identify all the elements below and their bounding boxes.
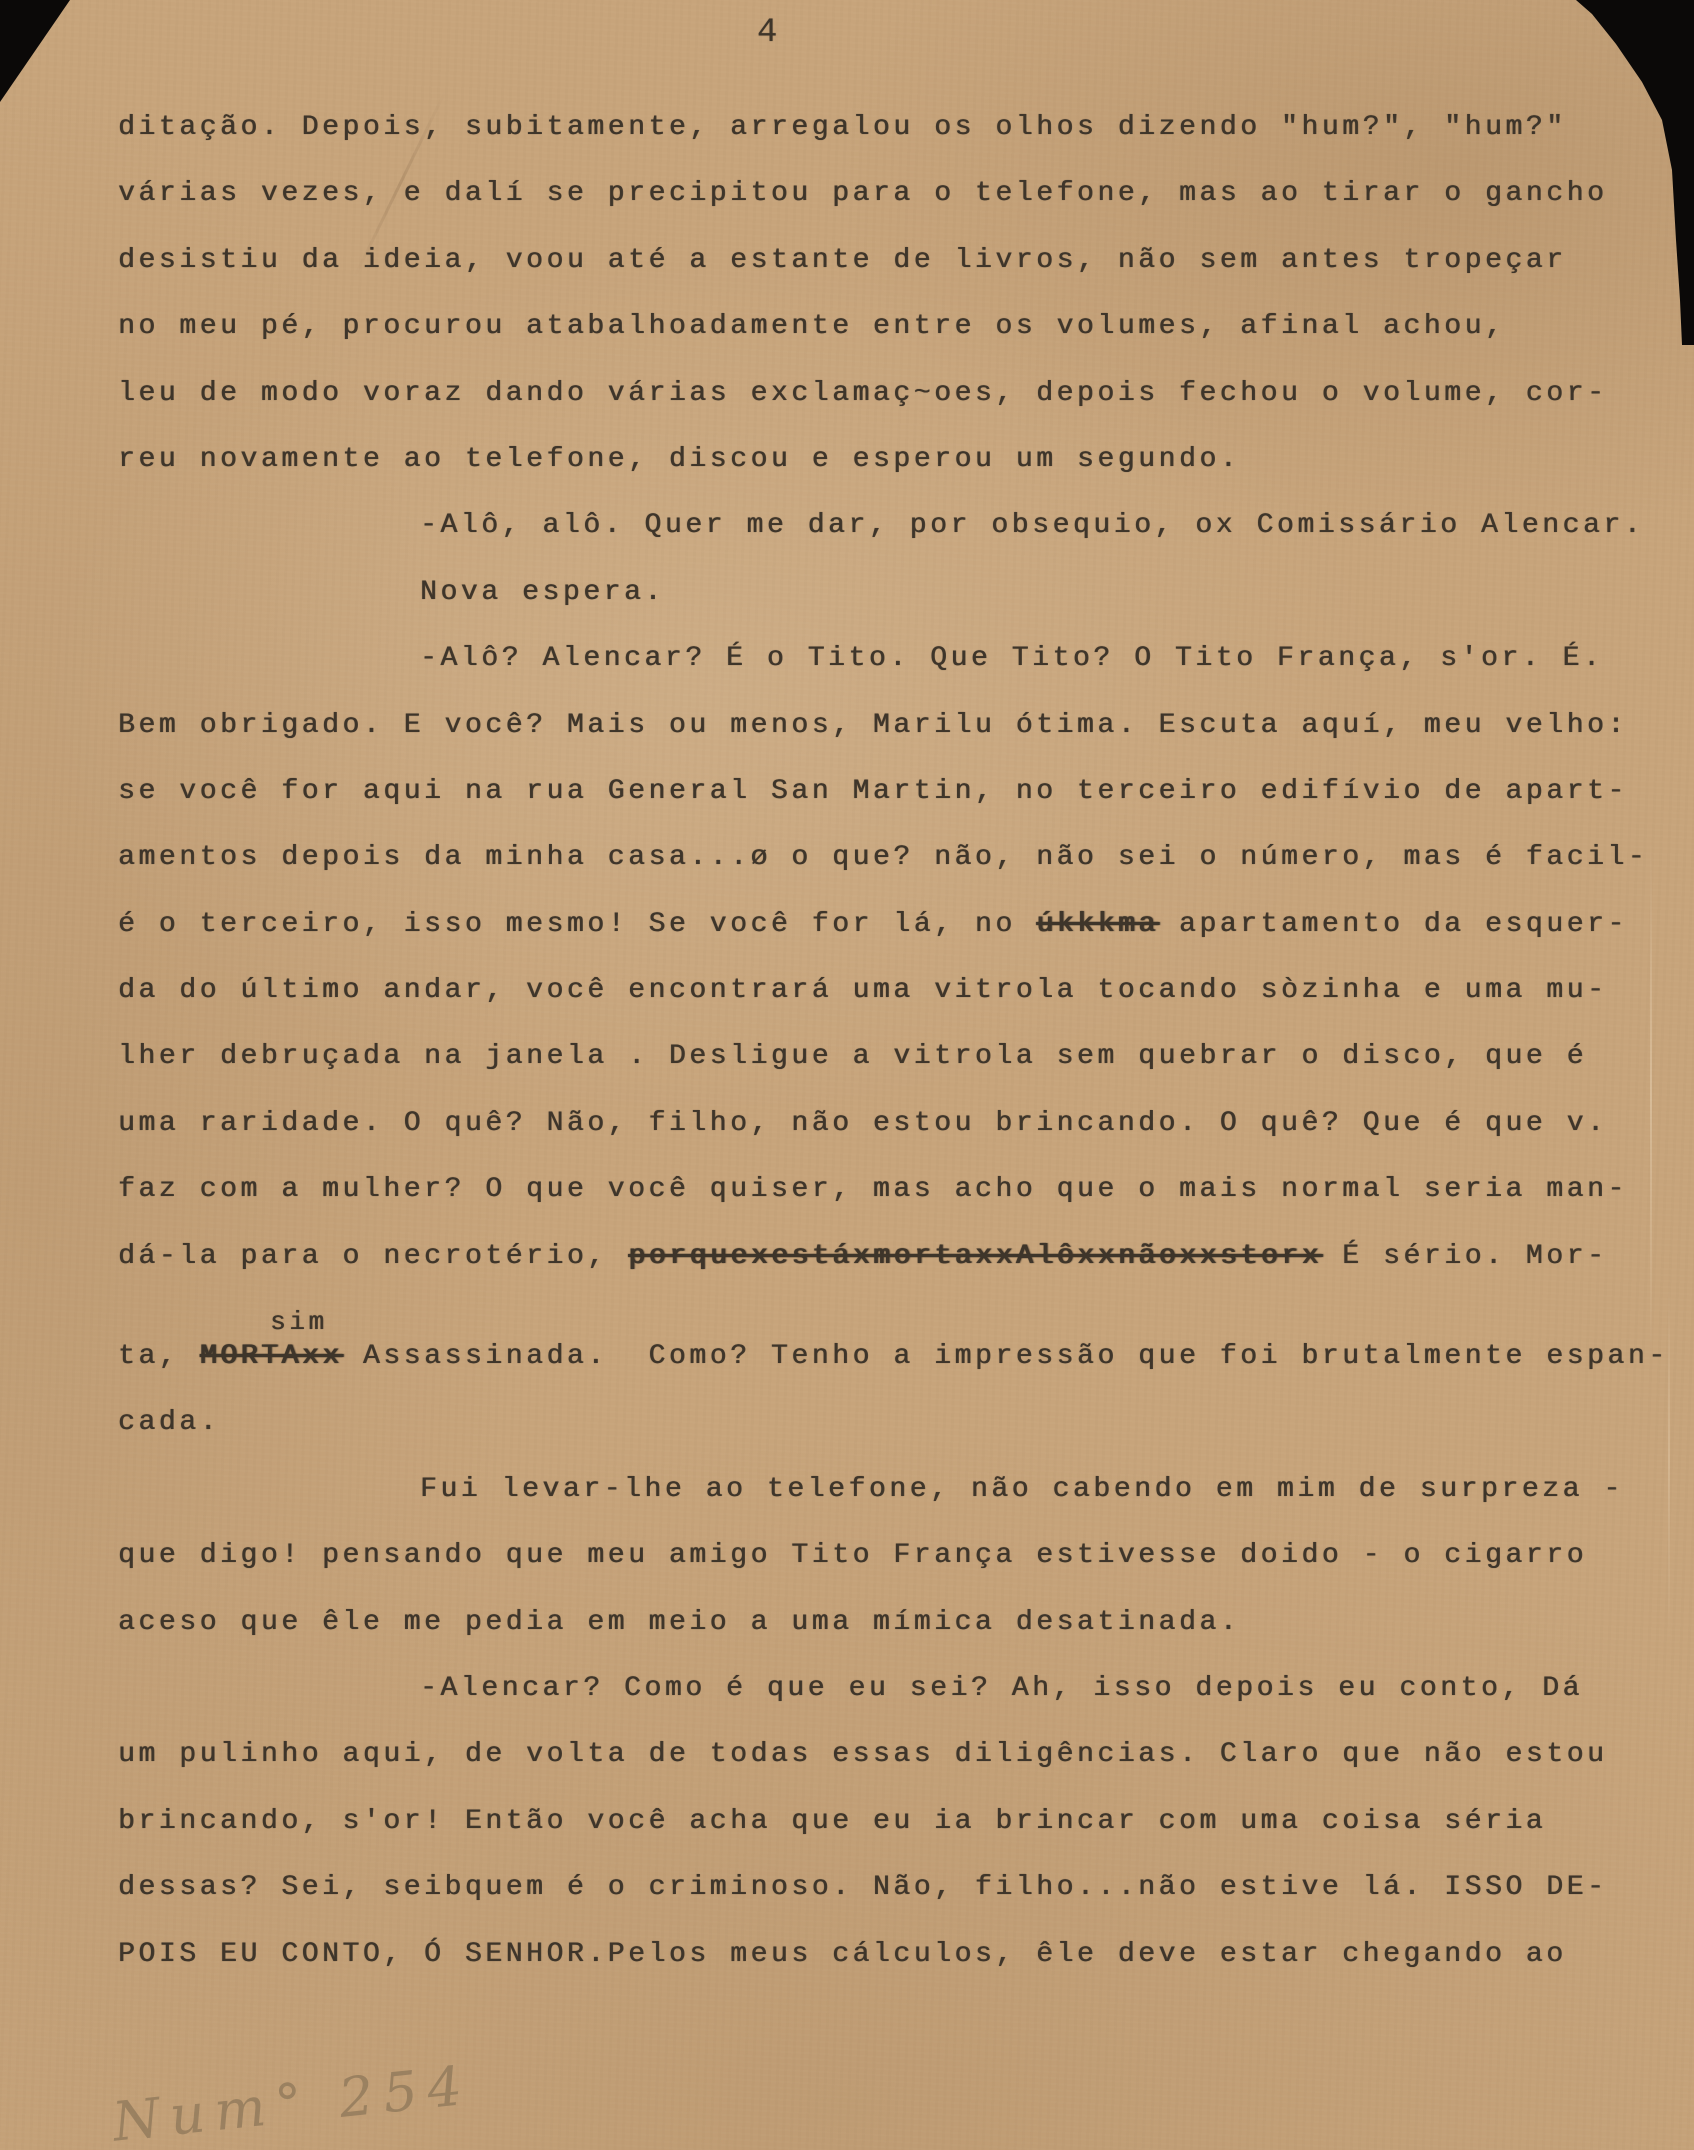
overtyped-text: MORTAxx	[200, 1341, 343, 1372]
text-line: brincando, s'or! Então você acha que eu …	[118, 1806, 1664, 1872]
text-line: no meu pé, procurou atabalhoadamente ent…	[118, 311, 1664, 377]
text-line: faz com a mulher? O que você quiser, mas…	[118, 1174, 1664, 1240]
interline-correction: sim	[118, 1307, 1664, 1341]
text-line: desistiu da ideia, voou até a estante de…	[118, 245, 1664, 311]
text-line: um pulinho aqui, de volta de todas essas…	[118, 1739, 1664, 1805]
text-line: lher debruçada na janela . Desligue a vi…	[118, 1041, 1664, 1107]
text-line: -Alô? Alencar? É o Tito. Que Tito? O Tit…	[118, 643, 1664, 709]
typewritten-text: ditação. Depois, subitamente, arregalou …	[118, 112, 1664, 2005]
text-line: ditação. Depois, subitamente, arregalou …	[118, 112, 1664, 178]
scan-backdrop: 4 ditação. Depois, subitamente, arregalo…	[0, 0, 1694, 2150]
text-line: aceso que êle me pedia em meio a uma mím…	[118, 1607, 1664, 1673]
page-number: 4	[757, 14, 777, 52]
text-line: ta, MORTAxx Assassinada. Como? Tenho a i…	[118, 1341, 1664, 1407]
text-line: é o terceiro, isso mesmo! Se você for lá…	[118, 909, 1664, 975]
text-line: -Alencar? Como é que eu sei? Ah, isso de…	[118, 1673, 1664, 1739]
text-line: várias vezes, e dalí se precipitou para …	[118, 178, 1664, 244]
overtyped-text: porquexestáxmortaxxAlôxxnãoxxstorx	[628, 1241, 1322, 1272]
document-page: 4 ditação. Depois, subitamente, arregalo…	[0, 0, 1694, 2150]
text-line: uma raridade. O quê? Não, filho, não est…	[118, 1108, 1664, 1174]
overtyped-text: úkkkma	[1036, 909, 1158, 940]
text-line: amentos depois da minha casa...ø o que? …	[118, 842, 1664, 908]
text-line: reu novamente ao telefone, discou e espe…	[118, 444, 1664, 510]
paper-crease	[1668, 1280, 1670, 1640]
text-line: POIS EU CONTO, Ó SENHOR.Pelos meus cálcu…	[118, 1939, 1664, 2005]
text-line: dá-la para o necrotério, porquexestáxmor…	[118, 1241, 1664, 1307]
text-line: cada.	[118, 1407, 1664, 1473]
text-line: se você for aqui na rua General San Mart…	[118, 776, 1664, 842]
pencil-note: Num° 254	[110, 2053, 475, 2150]
text-line: que digo! pensando que meu amigo Tito Fr…	[118, 1540, 1664, 1606]
text-line: Bem obrigado. E você? Mais ou menos, Mar…	[118, 710, 1664, 776]
text-line: dessas? Sei, seibquem é o criminoso. Não…	[118, 1872, 1664, 1938]
text-line: Nova espera.	[118, 577, 1664, 643]
text-line: da do último andar, você encontrará uma …	[118, 975, 1664, 1041]
paper-crease	[1650, 840, 1652, 1360]
text-line: Fui levar-lhe ao telefone, não cabendo e…	[118, 1474, 1664, 1540]
text-line: leu de modo voraz dando várias exclamaç~…	[118, 378, 1664, 444]
text-line: -Alô, alô. Quer me dar, por obsequio, ox…	[118, 510, 1664, 576]
